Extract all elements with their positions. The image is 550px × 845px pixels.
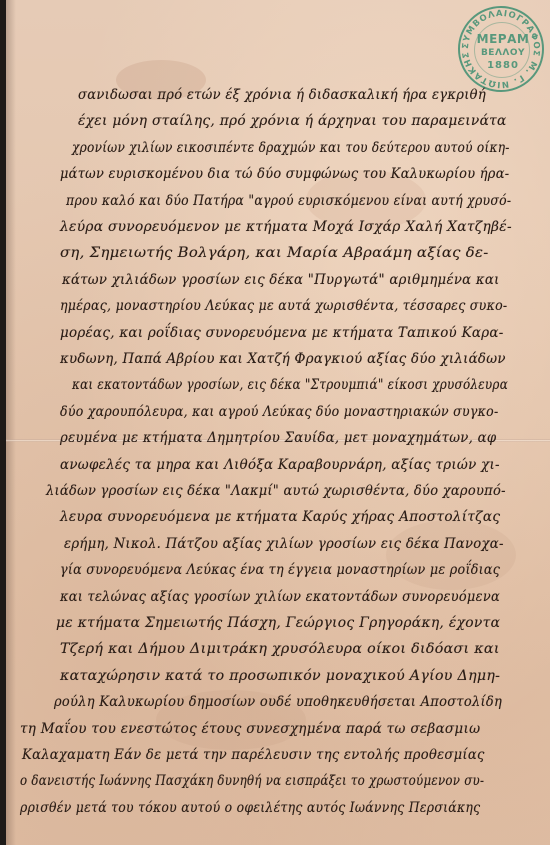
- handwritten-line: ερήμη, Νικολ. Πάτζου αξίας χιλίων γροσίω…: [64, 536, 504, 552]
- handwritten-line: ανωφελές τα μηρα και Λιθόξα Καραβουρνάρη…: [60, 457, 500, 473]
- handwritten-line: κυδωνη, Παπά Αβρίου και Χατζή Φραγκιού α…: [60, 351, 506, 367]
- handwritten-line: τη Μαΐου του ενεστώτος έτους συνεσχημένα…: [20, 721, 480, 737]
- handwritten-line: ο δανειστής Ιωάννης Πασχάκη δυνηθή να ει…: [20, 773, 484, 789]
- handwritten-line: και τελώνας αξίας γροσίων χιλίων εκατοντ…: [60, 589, 500, 605]
- handwritten-line: ρούλη Καλυκωρίου δημοσίων ουδέ υποθηκευθ…: [54, 694, 502, 710]
- handwritten-line: σανιδωσαι πρό ετών έξ χρόνια ή διδασκαλι…: [78, 87, 486, 103]
- handwritten-line: λιάδων γροσίων εις δέκα "Λακμί" αυτώ χωρ…: [46, 483, 506, 499]
- handwritten-line: πρου καλό και δύο Πατήρα "αγρού ευρισκόμ…: [66, 193, 511, 209]
- handwritten-line: χρονίων χιλίων εικοσιπέντε δραχμών και τ…: [72, 140, 510, 156]
- handwritten-line: ρρισθέν μετά του τόκου αυτού ο οφειλέτης…: [20, 800, 480, 816]
- handwritten-line: με κτήματα Σημειωτής Πάσχη, Γεώργιος Γρη…: [56, 615, 500, 631]
- handwritten-line: γία συνορευόμενα Λεύκας ένα τη έγγεια μο…: [60, 562, 500, 578]
- handwritten-text-body: σανιδωσαι πρό ετών έξ χρόνια ή διδασκαλι…: [0, 0, 550, 845]
- handwritten-line: κάτων χιλιάδων γροσίων εις δέκα "Πυργωτά…: [62, 272, 500, 288]
- handwritten-line: ρευμένα με κτήματα Δημητρίου Σαυίδα, μετ…: [60, 430, 496, 446]
- handwritten-line: δύο χαρουπόλευρα, και αγρού Λεύκας δύο μ…: [60, 404, 498, 420]
- handwritten-line: καταχώρησιν κατά το προσωπικόν μοναχικού…: [60, 668, 500, 684]
- handwritten-line: Καλαχαματη Εάν δε μετά την παρέλευσιν τη…: [22, 747, 485, 763]
- handwritten-line: μορέας, και ροΐδιας συνορευόμενα με κτήμ…: [60, 325, 504, 341]
- handwritten-line: και εκατοντάδων γροσίων, εις δέκα "Στρου…: [72, 377, 508, 393]
- handwritten-line: μάτων ευρισκομένου δια τώ δύο συμφώνως τ…: [60, 166, 509, 182]
- handwritten-line: έχει μόνη σταίλης, πρό χρόνια ή άρχηναι …: [78, 113, 507, 129]
- handwritten-line: ση, Σημειωτής Βολγάρη, και Μαρία Αβραάμη…: [60, 245, 489, 261]
- handwritten-line: ημέρας, μοναστηρίου Λεύκας με αυτά χωρισ…: [60, 298, 507, 314]
- handwritten-line: λευρα συνορευόμενα με κτήματα Καρύς χήρα…: [60, 509, 500, 525]
- handwritten-line: Τζερή και Δήμου Διμιτράκη χρυσόλευρα οίκ…: [60, 641, 500, 657]
- handwritten-line: λεύρα συνορευόμενον με κτήματα Μοχά Ισχά…: [60, 219, 512, 235]
